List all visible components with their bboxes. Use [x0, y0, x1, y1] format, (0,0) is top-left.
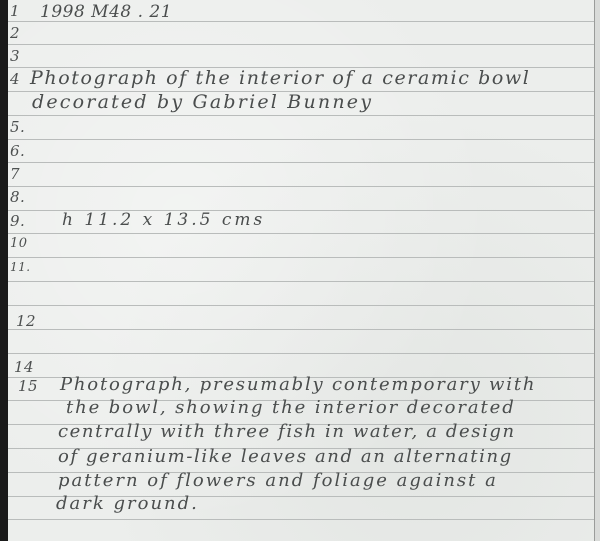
record-line-7: 7 — [8, 163, 594, 187]
description-line-6: dark ground. — [56, 493, 199, 514]
record-line-15-cont-3: of geranium-like leaves and an alternati… — [8, 446, 594, 470]
record-line-15-cont-4: pattern of flowers and foliage against a — [8, 470, 594, 494]
record-line-15: 15 Photograph, presumably contemporary w… — [8, 374, 594, 398]
handwritten-record-page: 1 1998 M48 . 21 2 3 4 Photograph of the … — [8, 0, 594, 541]
line-number: 7 — [10, 165, 40, 183]
page-edge — [594, 0, 600, 541]
record-line-15-cont-1: the bowl, showing the interior decorated — [8, 397, 594, 421]
record-line-1: 1 1998 M48 . 21 — [8, 0, 594, 24]
record-line-11: 11. — [8, 258, 594, 282]
record-line-12: 12 — [8, 306, 594, 330]
line-number: 12 — [16, 312, 46, 330]
line-number: 9. — [10, 212, 40, 230]
record-line-2: 2 — [8, 22, 594, 46]
line-number: 10 — [10, 236, 40, 251]
record-line-4-cont: decorated by Gabriel Bunney — [8, 91, 594, 115]
accession-number: 1998 M48 . 21 — [40, 2, 172, 22]
record-line-10: 10 — [8, 234, 594, 258]
line-number: 5. — [10, 118, 40, 136]
object-title-continued: decorated by Gabriel Bunney — [32, 91, 373, 113]
line-number: 3 — [10, 47, 40, 65]
ruled-line — [8, 519, 594, 520]
line-number: 8. — [10, 188, 40, 206]
line-number: 1 — [10, 2, 40, 20]
line-number: 11. — [10, 260, 40, 274]
record-line-5: 5. — [8, 116, 594, 140]
description-line-4: of geranium-like leaves and an alternati… — [58, 446, 513, 467]
description-line-2: the bowl, showing the interior decorated — [66, 397, 516, 418]
object-title: Photograph of the interior of a ceramic … — [30, 67, 530, 89]
record-line-6: 6. — [8, 140, 594, 164]
line-number: 15 — [18, 377, 48, 395]
record-line-9: 9. h 11.2 x 13.5 cms — [8, 210, 594, 234]
record-line-8: 8. — [8, 186, 594, 210]
record-line-15-cont-2: centrally with three fish in water, a de… — [8, 421, 594, 445]
line-number: 6. — [10, 142, 40, 160]
description-line-1: Photograph, presumably contemporary with — [60, 374, 536, 395]
dimensions: h 11.2 x 13.5 cms — [62, 210, 265, 230]
description-line-5: pattern of flowers and foliage against a — [58, 470, 498, 491]
record-line-3: 3 — [8, 45, 594, 69]
line-number: 2 — [10, 24, 40, 42]
record-line-4: 4 Photograph of the interior of a cerami… — [8, 67, 594, 91]
record-line-15-cont-5: dark ground. — [8, 493, 594, 517]
description-line-3: centrally with three fish in water, a de… — [58, 421, 516, 442]
